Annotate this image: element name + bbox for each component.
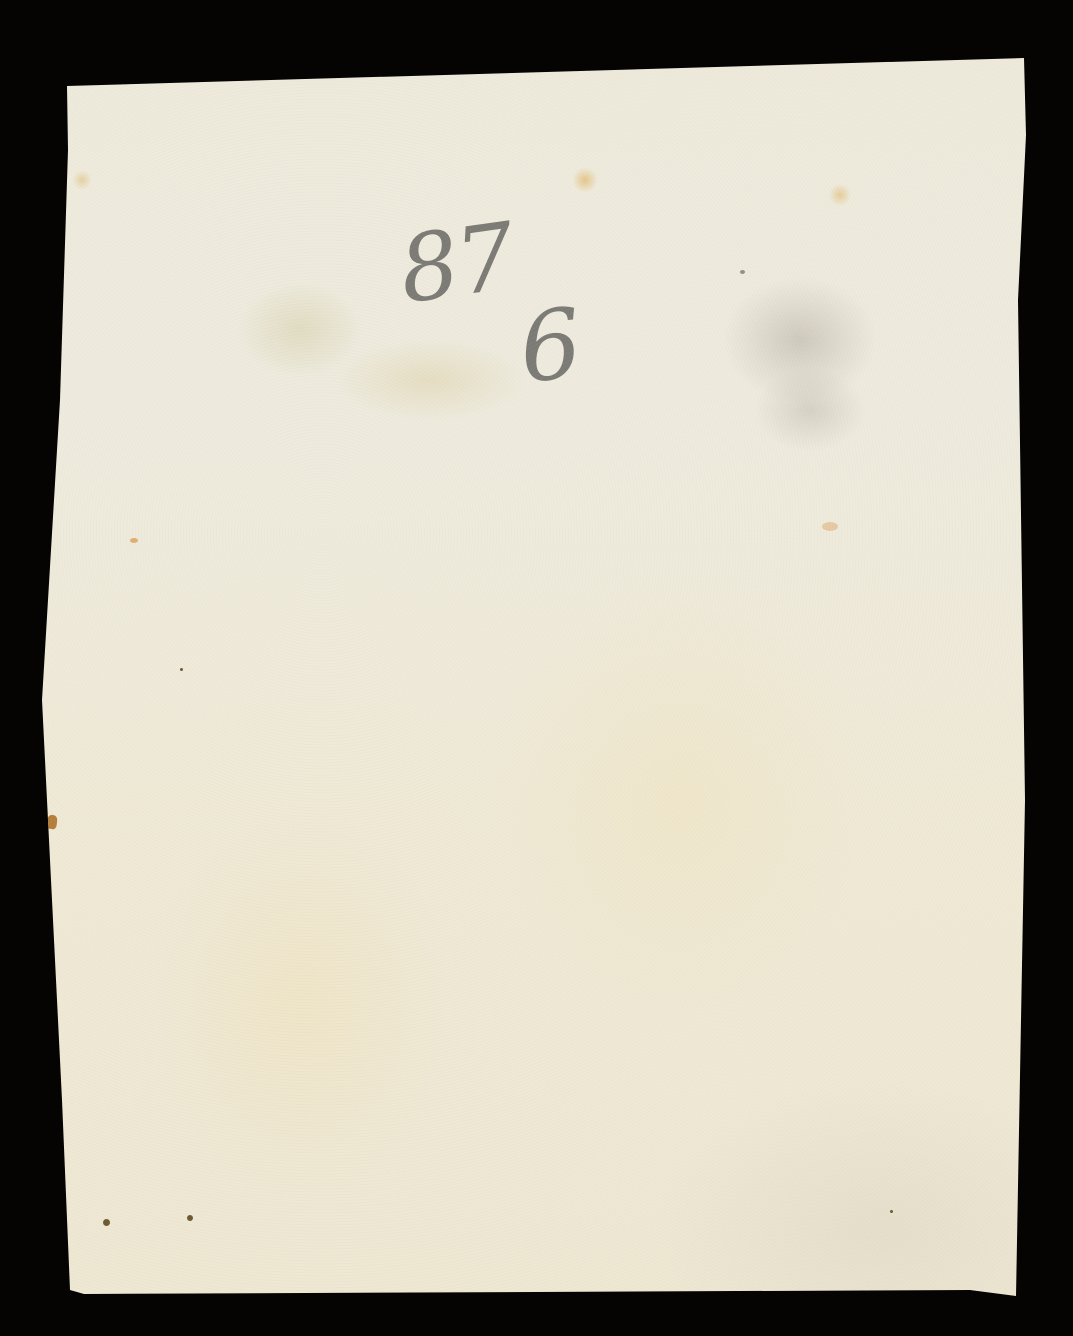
dirt-speck: [103, 1219, 110, 1226]
dirt-speck: [890, 1210, 893, 1213]
pencil-annotation-digits: 87: [393, 203, 520, 325]
pencil-annotation-digit: 6: [514, 287, 584, 405]
stamp-back-paper: 87 6: [0, 0, 1073, 1336]
dirt-speck: [187, 1215, 193, 1221]
dirt-speck: [822, 522, 838, 531]
dirt-speck: [740, 270, 745, 274]
dirt-speck: [180, 668, 183, 671]
rust-stain: [46, 814, 58, 829]
dirt-speck: [130, 538, 138, 543]
